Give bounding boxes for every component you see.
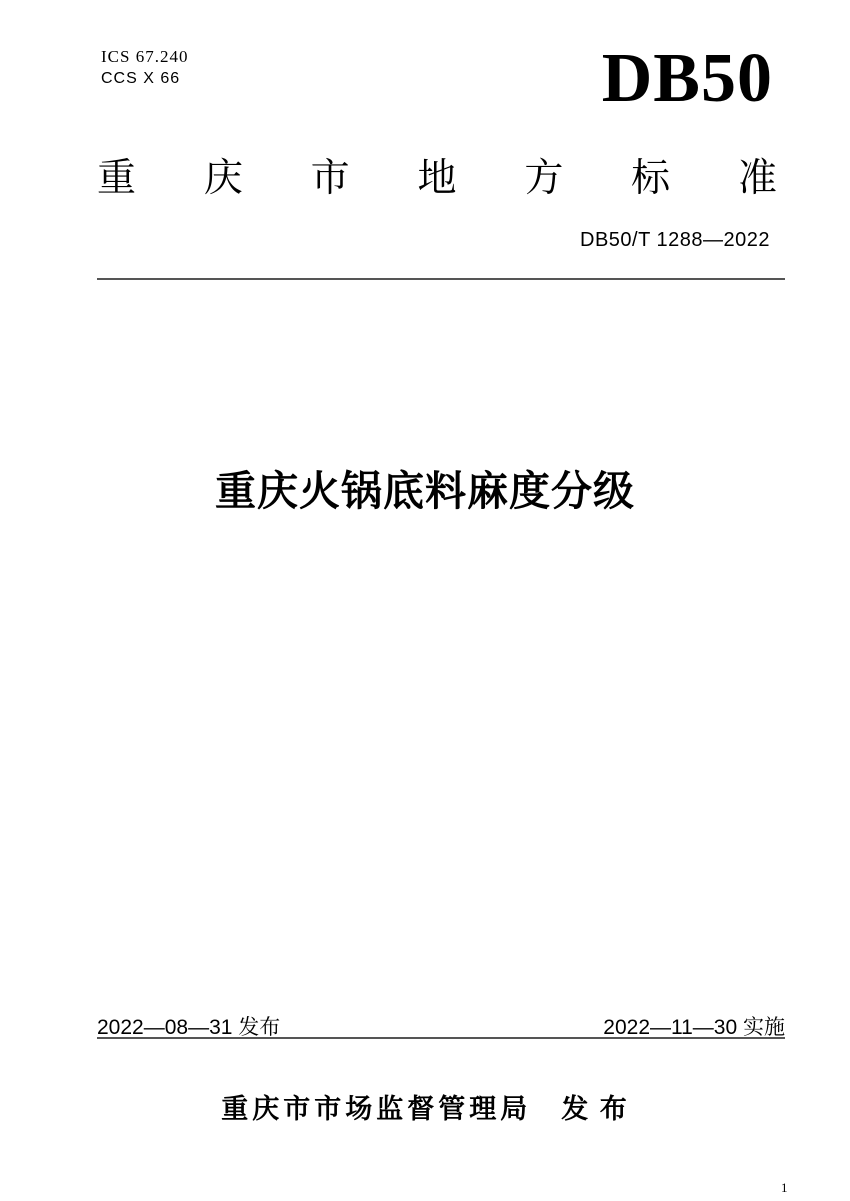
ccs-code: CCS X 66	[101, 69, 188, 89]
db50-logo: DB50	[602, 46, 773, 112]
classification-codes: ICS 67.240 CCS X 66	[101, 46, 188, 89]
page-number: 1	[781, 1180, 788, 1196]
footer-rule	[97, 1037, 785, 1039]
standard-type-heading: 重庆市地方标准	[97, 156, 777, 202]
standard-number: DB50/T 1288—2022	[580, 229, 770, 252]
standard-cover-page: ICS 67.240 CCS X 66 DB50 重庆市地方标准 DB50/T …	[0, 0, 850, 1201]
publish-label: 发 布	[561, 1087, 629, 1126]
publisher-row: 重庆市市场监督管理局 发 布	[0, 1087, 850, 1126]
publisher-name: 重庆市市场监督管理局	[221, 1087, 531, 1126]
document-title: 重庆火锅底料麻度分级	[0, 458, 850, 517]
header-rule	[97, 278, 785, 280]
ics-code: ICS 67.240	[101, 46, 188, 67]
